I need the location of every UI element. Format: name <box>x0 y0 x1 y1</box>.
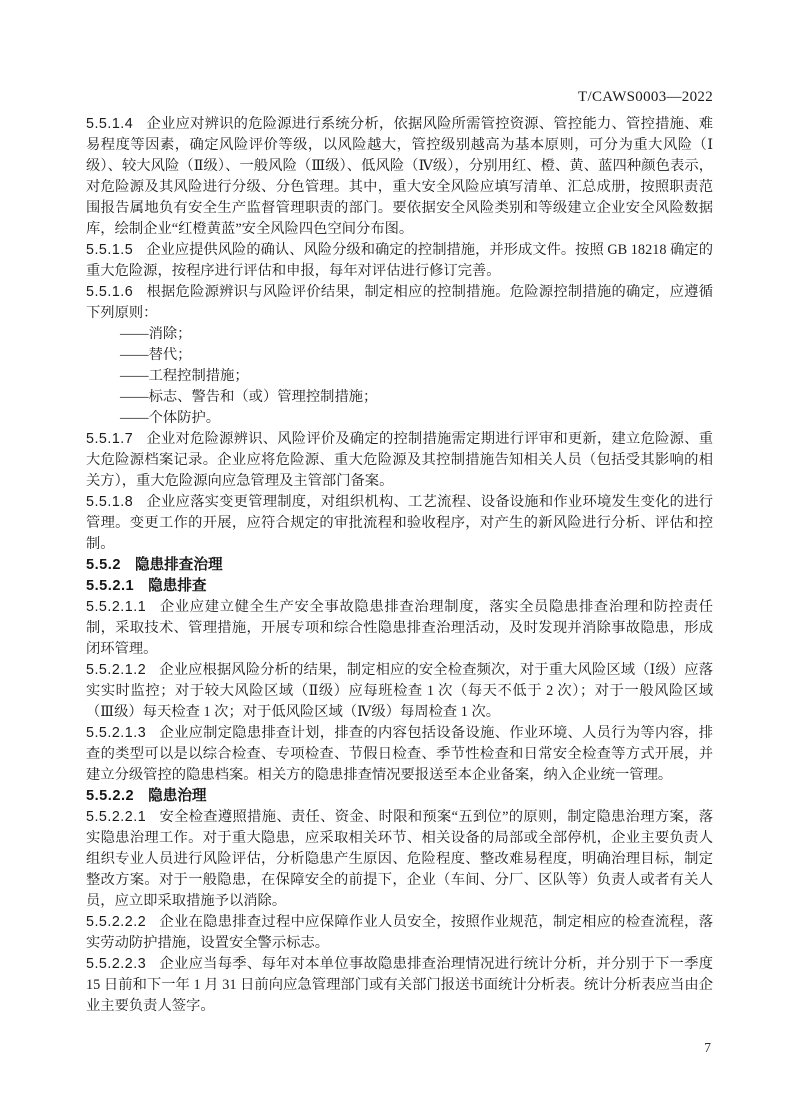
section-heading-5522: 5.5.2.2隐患治理 <box>86 786 713 807</box>
clause-text: 企业应当每季、每年对本单位事故隐患排查治理情况进行统计分析，并分别于下一季度 1… <box>86 956 713 1014</box>
document-body: 5.5.1.4企业应对辨识的危险源进行系统分析，依据风险所需管控资源、管控能力、… <box>86 114 713 1017</box>
clause-paragraph-55222: 5.5.2.2.2企业在隐患排查过程中应保障作业人员安全，按照作业规范，制定相应… <box>86 912 713 954</box>
clause-number: 5.5.1.7 <box>86 431 133 447</box>
clause-number: 5.5.1.6 <box>86 284 133 300</box>
clause-paragraph-5514: 5.5.1.4企业应对辨识的危险源进行系统分析，依据风险所需管控资源、管控能力、… <box>86 114 713 240</box>
heading-number: 5.5.2.1 <box>86 578 134 594</box>
clause-paragraph-55211: 5.5.2.1.1企业应建立健全生产安全事故隐患排查治理制度，落实全员隐患排查治… <box>86 597 713 660</box>
clause-number: 5.5.1.8 <box>86 494 133 510</box>
clause-number: 5.5.2.2.1 <box>86 809 146 825</box>
dash-list-item: ——替代； <box>86 345 713 366</box>
dash-list-item: ——个体防护。 <box>86 408 713 429</box>
heading-title: 隐患排查 <box>148 578 206 594</box>
standard-number-header: T/CAWS0003—2022 <box>578 89 713 106</box>
heading-number: 5.5.2.2 <box>86 788 134 804</box>
clause-text: 企业在隐患排查过程中应保障作业人员安全，按照作业规范，制定相应的检查流程，落实劳… <box>86 914 713 951</box>
clause-paragraph-55223: 5.5.2.2.3企业应当每季、每年对本单位事故隐患排查治理情况进行统计分析，并… <box>86 954 713 1017</box>
clause-text: 企业应提供风险的确认、风险分级和确定的控制措施，并形成文件。按照 GB 1821… <box>86 242 713 279</box>
section-heading-5521: 5.5.2.1隐患排查 <box>86 576 713 597</box>
clause-paragraph-5518: 5.5.1.8企业应落实变更管理制度，对组织机构、工艺流程、设备设施和作业环境发… <box>86 492 713 555</box>
clause-number: 5.5.1.5 <box>86 242 133 258</box>
clause-text: 企业对危险源辨识、风险评价及确定的控制措施需定期进行评审和更新，建立危险源、重大… <box>86 431 713 489</box>
clause-text: 安全检查遵照措施、责任、资金、时限和预案“五到位”的原则，制定隐患治理方案，落实… <box>86 809 713 909</box>
clause-paragraph-5516: 5.5.1.6根据危险源辨识与风险评价结果，制定相应的控制措施。危险源控制措施的… <box>86 282 713 324</box>
heading-number: 5.5.2 <box>86 557 121 573</box>
clause-number: 5.5.2.1.1 <box>86 599 146 615</box>
dash-list-item: ——工程控制措施； <box>86 366 713 387</box>
clause-text: 企业应制定隐患排查计划，排查的内容包括设备设施、作业环境、人员行为等内容，排查的… <box>86 725 713 783</box>
page-number: 7 <box>704 1040 711 1056</box>
clause-text: 企业应对辨识的危险源进行系统分析，依据风险所需管控资源、管控能力、管控措施、难易… <box>86 116 713 237</box>
heading-title: 隐患排查治理 <box>135 557 223 573</box>
clause-text: 企业应落实变更管理制度，对组织机构、工艺流程、设备设施和作业环境发生变化的进行管… <box>86 494 713 552</box>
clause-number: 5.5.2.2.3 <box>86 956 146 972</box>
section-heading-552: 5.5.2隐患排查治理 <box>86 555 713 576</box>
clause-number: 5.5.2.1.3 <box>86 725 146 741</box>
dash-list-item: ——标志、警告和（或）管理控制措施； <box>86 387 713 408</box>
clause-paragraph-5515: 5.5.1.5企业应提供风险的确认、风险分级和确定的控制措施，并形成文件。按照 … <box>86 240 713 282</box>
document-page: T/CAWS0003—2022 5.5.1.4企业应对辨识的危险源进行系统分析，… <box>0 0 785 1110</box>
heading-title: 隐患治理 <box>148 788 206 804</box>
clause-number: 5.5.2.2.2 <box>86 914 146 930</box>
dash-list-item: ——消除； <box>86 324 713 345</box>
clause-paragraph-55212: 5.5.2.1.2企业应根据风险分析的结果，制定相应的安全检查频次，对于重大风险… <box>86 660 713 723</box>
clause-number: 5.5.2.1.2 <box>86 662 146 678</box>
clause-paragraph-55221: 5.5.2.2.1安全检查遵照措施、责任、资金、时限和预案“五到位”的原则，制定… <box>86 807 713 912</box>
clause-paragraph-5517: 5.5.1.7企业对危险源辨识、风险评价及确定的控制措施需定期进行评审和更新，建… <box>86 429 713 492</box>
clause-number: 5.5.1.4 <box>86 116 133 132</box>
clause-paragraph-55213: 5.5.2.1.3企业应制定隐患排查计划，排查的内容包括设备设施、作业环境、人员… <box>86 723 713 786</box>
clause-text: 企业应根据风险分析的结果，制定相应的安全检查频次，对于重大风险区域（Ⅰ级）应落实… <box>86 662 713 720</box>
clause-text: 企业应建立健全生产安全事故隐患排查治理制度，落实全员隐患排查治理和防控责任制，采… <box>86 599 713 657</box>
clause-text: 根据危险源辨识与风险评价结果，制定相应的控制措施。危险源控制措施的确定，应遵循下… <box>86 284 713 321</box>
